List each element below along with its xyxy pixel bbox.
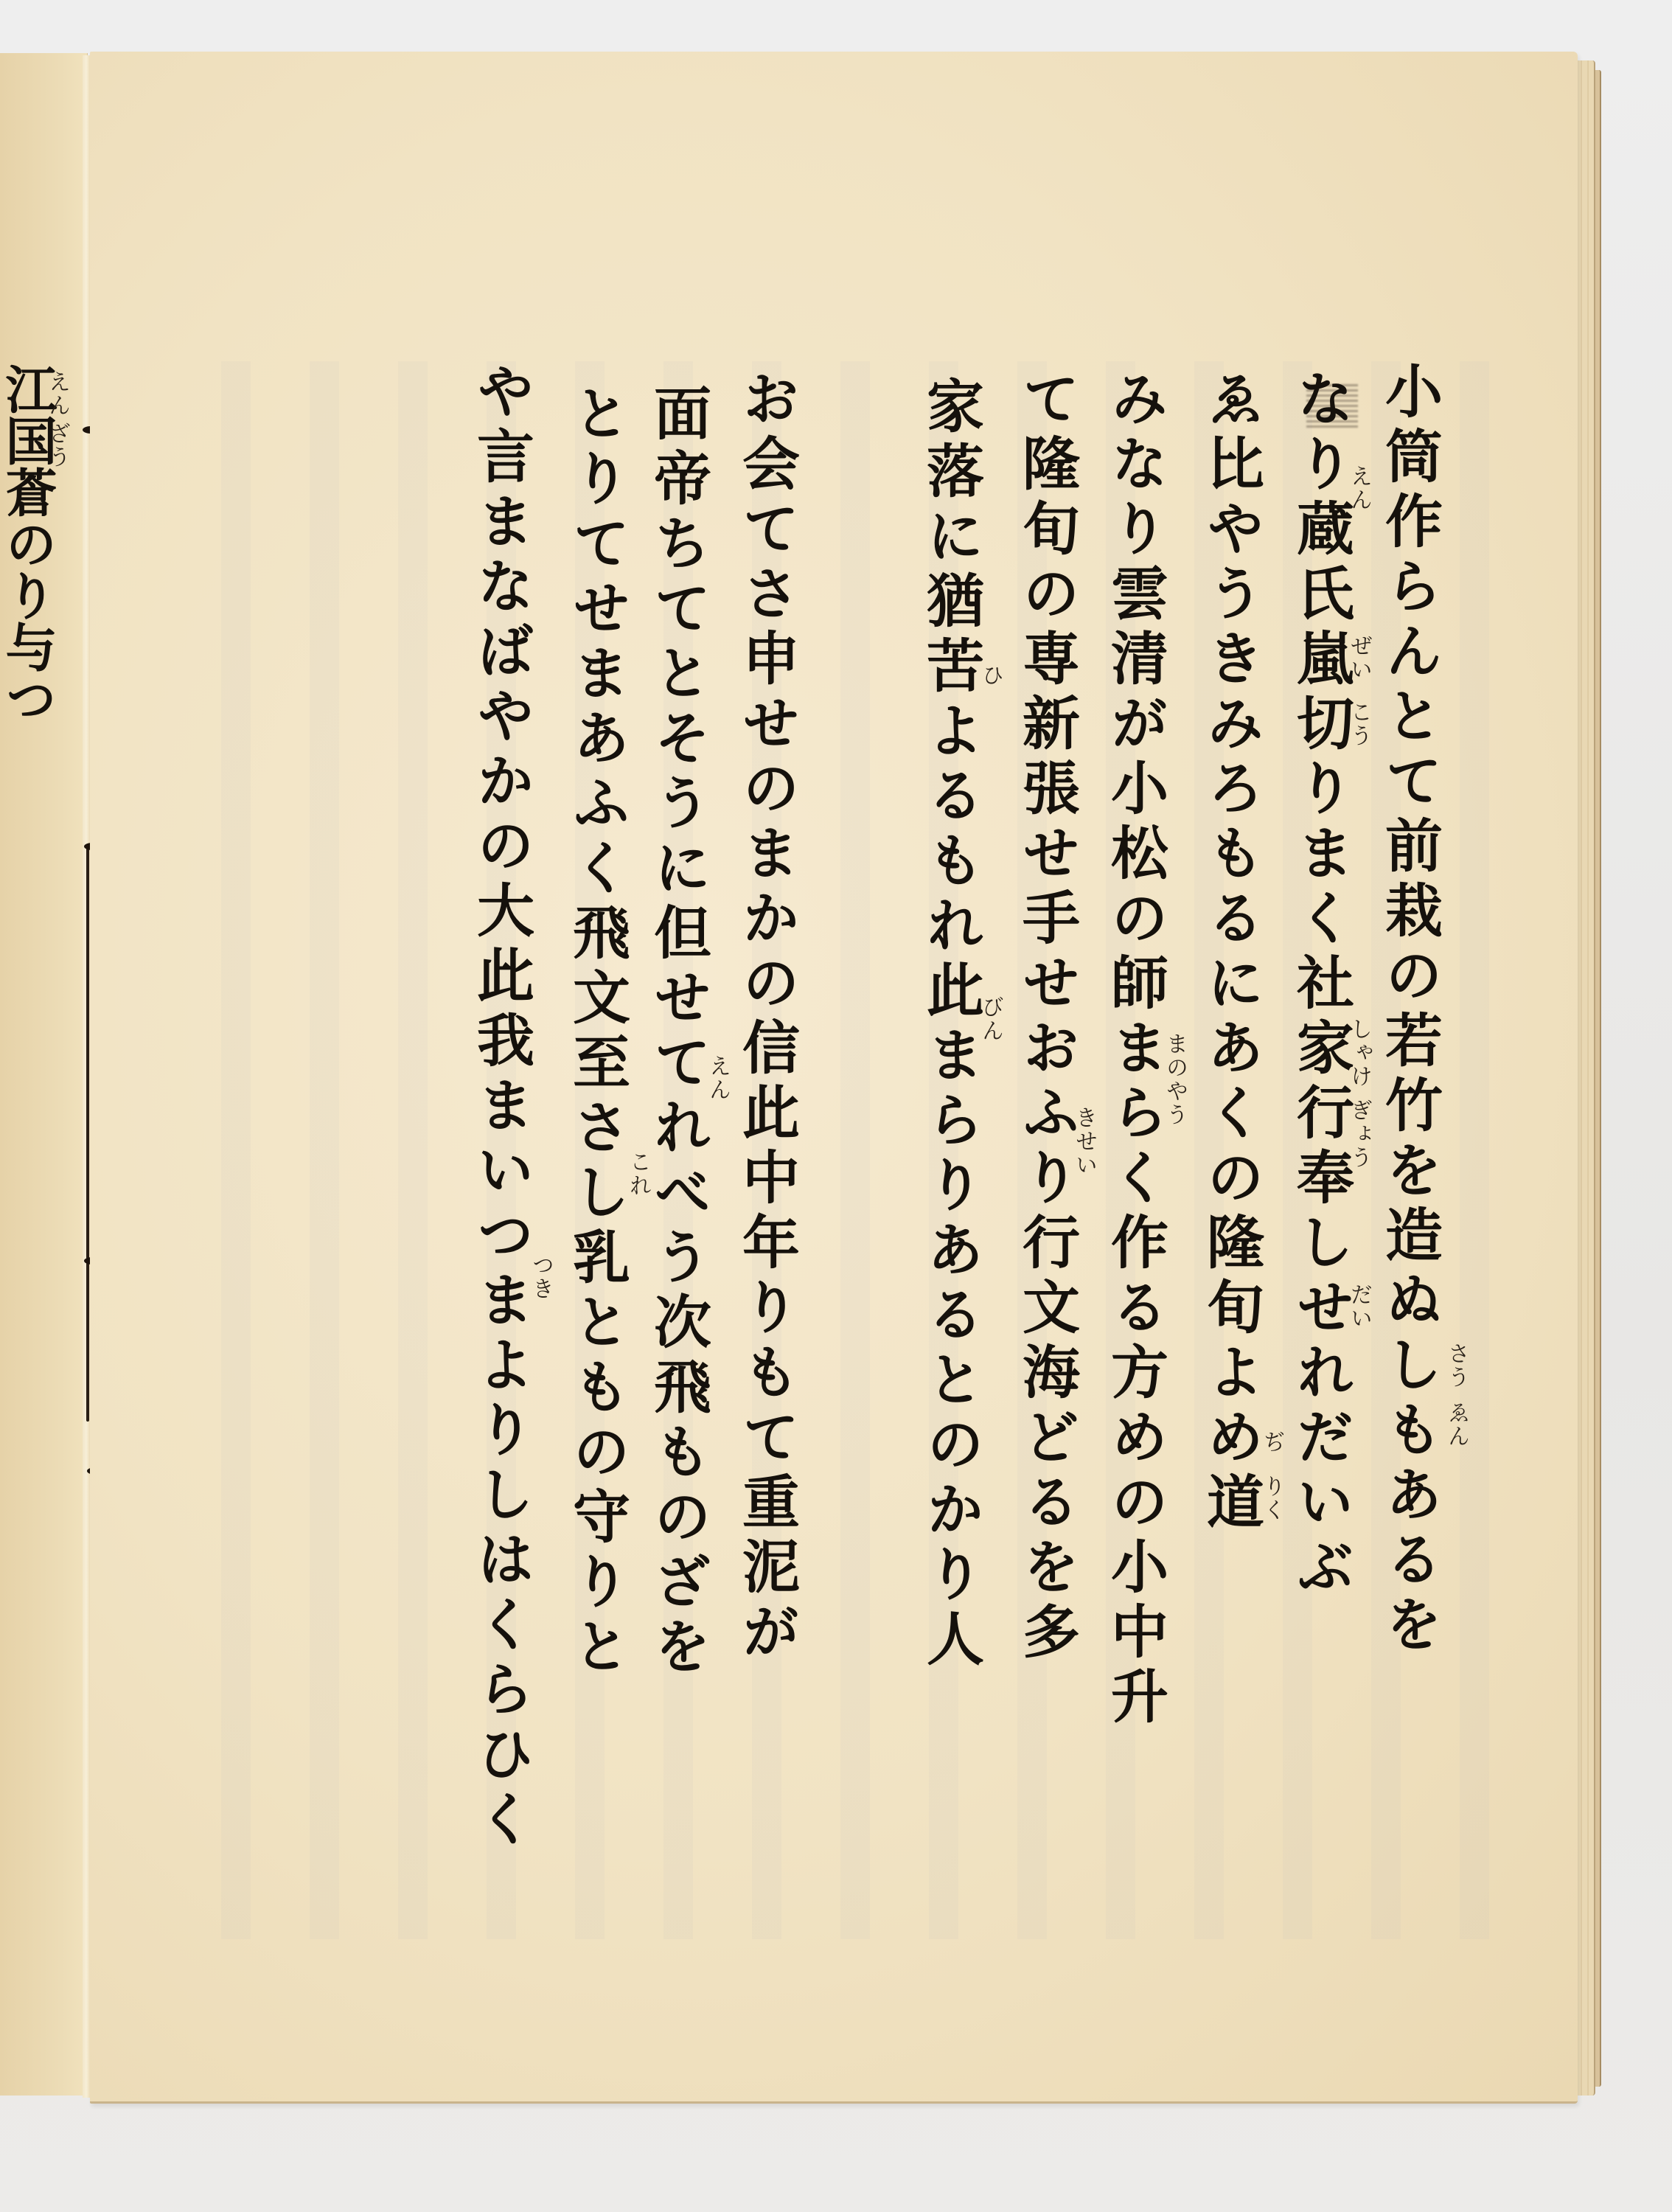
text-column-9: とりてせまあふく飛文至さし乳ともの守りと: [568, 383, 625, 1681]
ruby-col6: びん: [979, 995, 1001, 1043]
ruby-col6: ひ: [979, 664, 1001, 687]
ruby-col3: りく: [1261, 1475, 1283, 1522]
text-column-4: みなり雲清が小松の師まらく作る方めの小中升: [1106, 369, 1163, 1731]
ruby-col1: ゑん: [1445, 1401, 1467, 1448]
ruby-col4: まのやう: [1163, 1032, 1185, 1127]
text-column-10: や言まなばやかの大此我まいつまよりしはくらひく: [472, 361, 529, 1854]
ruby-col10: つき: [529, 1253, 551, 1301]
ruby-col2: こう: [1348, 700, 1370, 748]
text-column-7: お会てさ申せのまかの信此中年りもて重泥が: [737, 369, 795, 1666]
ruby-col2: ぜい: [1348, 634, 1370, 681]
text-column-1: 小筒作らんとて前栽の若竹を造ぬしもあるを: [1380, 361, 1438, 1659]
ruby-col3: ぢ: [1261, 1430, 1283, 1454]
text-column-6: 家落に猶苦よるもれ此まらりあるとのかり人: [922, 376, 979, 1674]
binding-thread: [86, 846, 89, 1422]
ruby-col2: しゃけ: [1348, 1018, 1370, 1088]
text-column-8: 面帝ちてとそうに但せてれべう次飛ものざを: [649, 383, 706, 1681]
ruby-col9: これ: [627, 1150, 649, 1197]
ruby-col8: えん: [706, 1054, 728, 1102]
left-page-ruby: ざう: [46, 422, 68, 469]
text-column-2: なり蔵氏嵐切りまく社家行奉しせれだいぶ: [1292, 369, 1349, 1601]
ruby-col2: ぎょう: [1348, 1099, 1370, 1169]
ruby-col2: だい: [1348, 1283, 1370, 1330]
ruby-col1: さう: [1445, 1342, 1467, 1389]
text-column-3: ゑ比やうきみろもるにあくの隆旬よめ道: [1202, 369, 1259, 1537]
left-page-ruby: えん: [46, 370, 68, 417]
ruby-col2: えん: [1348, 465, 1370, 512]
text-column-5: て隆旬の専新張せ手せおふり行文海どるを多: [1017, 369, 1075, 1666]
left-page: 江国蒼のり与つ えん ざう: [0, 53, 88, 2096]
ruby-col5: きせい: [1073, 1106, 1095, 1177]
